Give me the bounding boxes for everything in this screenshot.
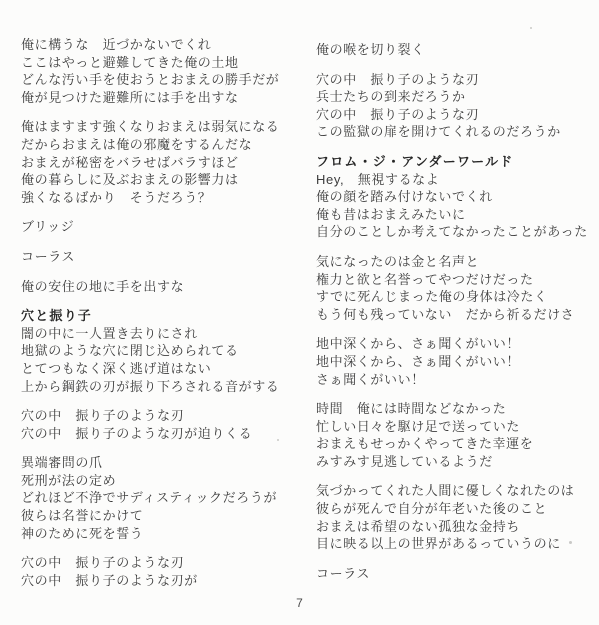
lyric-line: 俺の顔を踏み付けないでくれ bbox=[316, 188, 596, 206]
lyric-line: Hey, 無視するなよ bbox=[316, 171, 596, 189]
lyric-line: 彼らは名誉にかけて bbox=[21, 507, 309, 525]
lyric-line: 穴の中 振り子のような刃が bbox=[21, 572, 309, 590]
stanza: 穴と振り子闇の中に一人置き去りにされ地獄のような穴に閉じ込められてるとてつもなく… bbox=[21, 307, 309, 395]
lyric-line: 死刑が法の定め bbox=[21, 472, 309, 490]
lyric-line: どんな汚い手を使おうとおまえの勝手だが bbox=[21, 71, 309, 89]
stanza: 俺に構うな 近づかないでくれここはやっと避難してきた俺の土地どんな汚い手を使おう… bbox=[21, 36, 309, 106]
stanza: 穴の中 振り子のような刃穴の中 振り子のような刃が迫りくる bbox=[21, 407, 309, 442]
lyric-line: 俺の暮らしに及ぶおまえの影響力は bbox=[21, 171, 309, 189]
scan-speck bbox=[569, 541, 572, 544]
lyric-line: 俺の安住の地に手を出すな bbox=[21, 278, 309, 296]
stanza: 穴の中 振り子のような刃穴の中 振り子のような刃が bbox=[21, 554, 309, 589]
lyric-line: コーラス bbox=[21, 248, 309, 266]
lyric-line: 穴の中 振り子のような刃 bbox=[21, 554, 309, 572]
stanza: 異端審問の爪死刑が法の定めどれほど不浄でサディスティックだろうが彼らは名誉にかけ… bbox=[21, 454, 309, 542]
lyric-line: ブリッジ bbox=[21, 218, 309, 236]
lyrics-column-right: 俺の喉を切り裂く穴の中 振り子のような刃兵士たちの到来だろうか穴の中 振り子のよ… bbox=[316, 41, 596, 582]
lyric-line: さぁ聞くがいい！ bbox=[316, 371, 596, 389]
lyric-line: 闇の中に一人置き去りにされ bbox=[21, 325, 309, 343]
lyric-line: 俺に構うな 近づかないでくれ bbox=[21, 36, 309, 54]
lyric-line: もう何も残っていない だから祈るだけさ bbox=[316, 306, 596, 324]
lyric-line: 兵士たちの到来だろうか bbox=[316, 88, 596, 106]
stanza: コーラス bbox=[316, 565, 596, 583]
lyric-line: 穴の中 振り子のような刃が迫りくる bbox=[21, 425, 309, 443]
lyric-line: 地獄のような穴に閉じ込められてる bbox=[21, 342, 309, 360]
lyric-line: 異端審問の爪 bbox=[21, 454, 309, 472]
stanza: 時間 俺には時間などなかった忙しい日々を駆け足で送っていたおまえもせっかくやって… bbox=[316, 400, 596, 470]
lyric-line: だからおまえは俺の邪魔をするんだな bbox=[21, 136, 309, 154]
stanza: コーラス bbox=[21, 248, 309, 266]
lyric-line: 神のために死を誓う bbox=[21, 525, 309, 543]
lyric-line: 自分のことしか考えてなかったことがあった bbox=[316, 223, 596, 241]
lyric-line: 俺が見つけた避難所には手を出すな bbox=[21, 89, 309, 107]
lyric-line: 時間 俺には時間などなかった bbox=[316, 400, 596, 418]
stanza: 俺はますます強くなりおまえは弱気になるだからおまえは俺の邪魔をするんだなおまえが… bbox=[21, 118, 309, 206]
lyric-line: 彼らが死んで自分が年老いた後のこと bbox=[316, 500, 596, 518]
lyric-line: 忙しい日々を駆け足で送っていた bbox=[316, 418, 596, 436]
lyric-line: 俺も昔はおまえみたいに bbox=[316, 206, 596, 224]
lyric-line: 穴の中 振り子のような刃 bbox=[21, 407, 309, 425]
stanza: フロム・ジ・アンダーワールドHey, 無視するなよ俺の顔を踏み付けないでくれ俺も… bbox=[316, 153, 596, 241]
lyric-line: 上から鋼鉄の刃が振り下ろされる音がする bbox=[21, 378, 309, 396]
lyric-line: おまえもせっかくやってきた幸運を bbox=[316, 435, 596, 453]
lyric-line: 俺の喉を切り裂く bbox=[316, 41, 596, 59]
lyric-line: 穴の中 振り子のような刃 bbox=[316, 106, 596, 124]
stanza: 俺の喉を切り裂く bbox=[316, 41, 596, 59]
stanza: 気づかってくれた人間に優しくなれたのは彼らが死んで自分が年老いた後のことおまえは… bbox=[316, 482, 596, 552]
stanza: 俺の安住の地に手を出すな bbox=[21, 278, 309, 296]
song-title-heading: フロム・ジ・アンダーワールド bbox=[316, 153, 596, 171]
lyrics-column-left: 俺に構うな 近づかないでくれここはやっと避難してきた俺の土地どんな汚い手を使おう… bbox=[21, 36, 309, 589]
lyric-line: すでに死んじまった俺の身体は冷たく bbox=[316, 288, 596, 306]
lyrics-page: 俺に構うな 近づかないでくれここはやっと避難してきた俺の土地どんな汚い手を使おう… bbox=[0, 0, 599, 625]
stanza: 穴の中 振り子のような刃兵士たちの到来だろうか穴の中 振り子のような刃この監獄の… bbox=[316, 71, 596, 141]
lyric-line: 地中深くから、さぁ聞くがいい！ bbox=[316, 353, 596, 371]
lyric-line: どれほど不浄でサディスティックだろうが bbox=[21, 489, 309, 507]
lyric-line: 目に映る以上の世界があるっていうのに bbox=[316, 535, 596, 553]
lyric-line: 穴の中 振り子のような刃 bbox=[316, 71, 596, 89]
scan-speck bbox=[530, 27, 532, 29]
lyric-line: ここはやっと避難してきた俺の土地 bbox=[21, 54, 309, 72]
lyric-line: 気づかってくれた人間に優しくなれたのは bbox=[316, 482, 596, 500]
lyric-line: 地中深くから、さぁ聞くがいい！ bbox=[316, 335, 596, 353]
stanza: 気になったのは金と名声と権力と欲と名誉ってやつだけだったすでに死んじまった俺の身… bbox=[316, 253, 596, 323]
lyric-line: みすみす見逃しているようだ bbox=[316, 453, 596, 471]
lyric-line: この監獄の扉を開けてくれるのだろうか bbox=[316, 123, 596, 141]
page-number: 7 bbox=[0, 596, 599, 610]
stanza: 地中深くから、さぁ聞くがいい！地中深くから、さぁ聞くがいい！さぁ聞くがいい！ bbox=[316, 335, 596, 388]
lyric-line: 気になったのは金と名声と bbox=[316, 253, 596, 271]
lyric-line: とてつもなく深く逃げ道はない bbox=[21, 360, 309, 378]
stanza: ブリッジ bbox=[21, 218, 309, 236]
lyric-line: 強くなるばかり そうだろう？ bbox=[21, 189, 309, 207]
song-title-heading: 穴と振り子 bbox=[21, 307, 309, 325]
lyric-line: おまえが秘密をバラせばバラすほど bbox=[21, 154, 309, 172]
scan-speck bbox=[277, 439, 279, 441]
lyric-line: コーラス bbox=[316, 565, 596, 583]
lyric-line: 権力と欲と名誉ってやつだけだった bbox=[316, 271, 596, 289]
lyric-line: 俺はますます強くなりおまえは弱気になる bbox=[21, 118, 309, 136]
lyric-line: おまえは希望のない孤独な金持ち bbox=[316, 518, 596, 536]
